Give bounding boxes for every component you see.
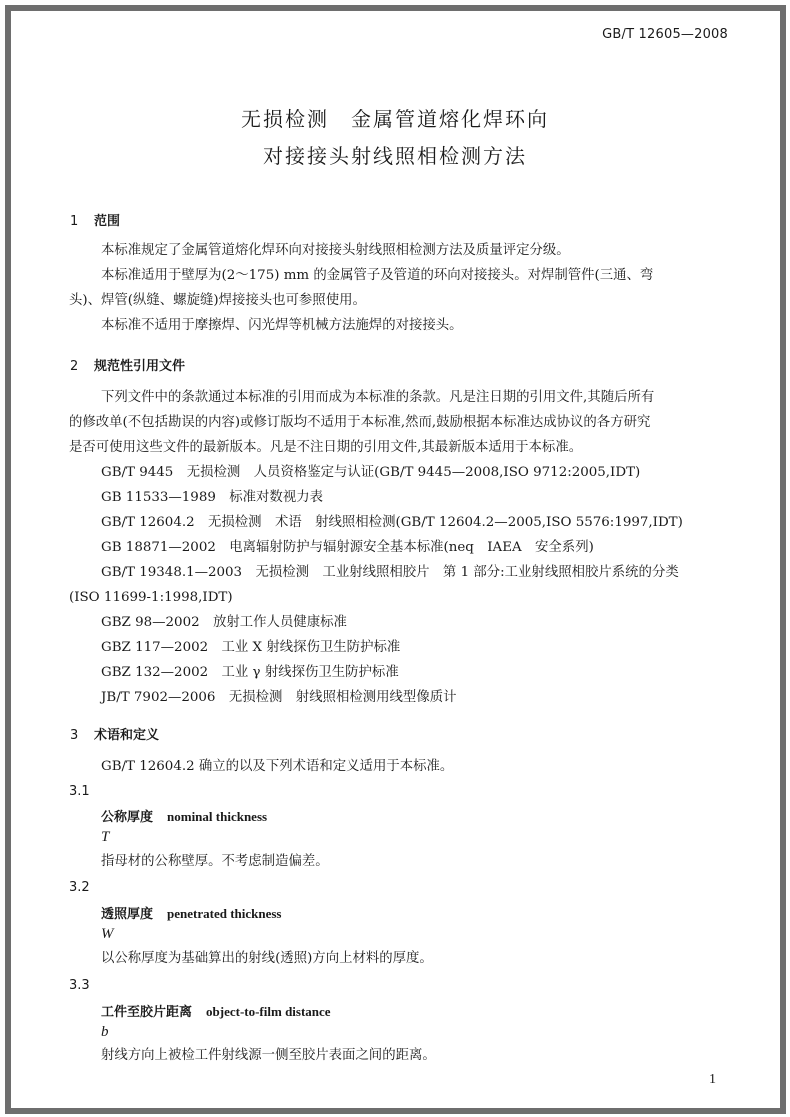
reference-item-continuation: (ISO 11699-1:1998,IDT) [69,586,233,610]
term-symbol: W [101,926,114,943]
standard-code: GB/T 12605—2008 [602,27,728,42]
term-en: nominal thickness [167,809,267,824]
term-zh: 公称厚度 [101,810,153,825]
page-number: 1 [709,1072,716,1088]
paragraph: 是否可使用这些文件的最新版本。凡是不注日期的引用文件,其最新版本适用于本标准。 [69,436,582,460]
paragraph: 的修改单(不包括勘误的内容)或修订版均不适用于本标准,然而,鼓励根据本标准达成协… [69,411,650,435]
section-2-heading: 2规范性引用文件 [70,355,185,374]
section-3-heading: 3术语和定义 [70,724,159,743]
term-number: 3.1 [69,784,90,799]
term-symbol: b [101,1024,109,1041]
section-1-heading: 1范围 [70,210,120,229]
reference-item: GB/T 9445 无损检测 人员资格鉴定与认证(GB/T 9445—2008,… [101,461,640,485]
section-title: 范围 [94,214,120,229]
term-en: penetrated thickness [167,906,281,921]
term-definition: 射线方向上被检工件射线源一侧至胶片表面之间的距离。 [101,1044,436,1068]
term-number: 3.2 [69,880,90,895]
paragraph: 下列文件中的条款通过本标准的引用而成为本标准的条款。凡是注日期的引用文件,其随后… [101,386,654,410]
paragraph: 头)、焊管(纵缝、螺旋缝)焊接接头也可参照使用。 [69,289,366,313]
term-symbol: T [101,829,109,846]
reference-item: GB/T 19348.1—2003 无损检测 工业射线照相胶片 第 1 部分:工… [101,561,679,585]
term-en: object-to-film distance [206,1004,331,1019]
term-heading: 透照厚度penetrated thickness [101,903,281,922]
reference-item: GB/T 12604.2 无损检测 术语 射线照相检测(GB/T 12604.2… [101,511,683,535]
reference-item: GBZ 117—2002 工业 X 射线探伤卫生防护标准 [101,636,400,660]
section-number: 1 [70,214,94,229]
section-title: 术语和定义 [94,728,159,743]
paragraph: GB/T 12604.2 确立的以及下列术语和定义适用于本标准。 [101,755,453,779]
reference-item: GBZ 132—2002 工业 γ 射线探伤卫生防护标准 [101,661,399,685]
section-number: 3 [70,728,94,743]
paragraph: 本标准不适用于摩擦焊、闪光焊等机械方法施焊的对接接头。 [101,314,463,338]
reference-item: JB/T 7902—2006 无损检测 射线照相检测用线型像质计 [101,686,457,710]
term-zh: 透照厚度 [101,907,153,922]
section-number: 2 [70,359,94,374]
term-heading: 工件至胶片距离object-to-film distance [101,1001,331,1020]
reference-item: GB 11533—1989 标准对数视力表 [101,486,323,510]
reference-item: GB 18871—2002 电离辐射防护与辐射源安全基本标准(neq IAEA … [101,536,594,560]
section-title: 规范性引用文件 [94,359,185,374]
title-line-1: 无损检测 金属管道熔化焊环向 [0,103,790,132]
term-definition: 以公称厚度为基础算出的射线(透照)方向上材料的厚度。 [101,947,433,971]
term-zh: 工件至胶片距离 [101,1005,192,1020]
term-definition: 指母材的公称壁厚。不考虑制造偏差。 [101,850,329,874]
paragraph: 本标准适用于壁厚为(2～175) mm 的金属管子及管道的环向对接接头。对焊制管… [101,264,653,288]
reference-item: GBZ 98—2002 放射工作人员健康标准 [101,611,347,635]
term-heading: 公称厚度nominal thickness [101,806,267,825]
term-number: 3.3 [69,978,90,993]
title-line-2: 对接接头射线照相检测方法 [0,140,790,169]
paragraph: 本标准规定了金属管道熔化焊环向对接接头射线照相检测方法及质量评定分级。 [101,239,570,263]
